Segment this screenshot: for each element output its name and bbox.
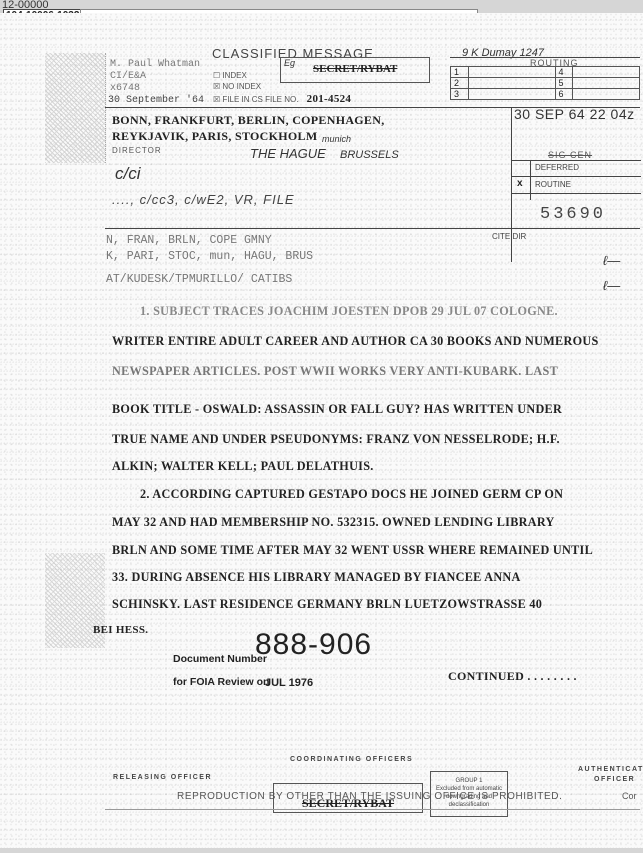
checkbox-icon: ☐	[213, 71, 220, 80]
paragraph-line: MAY 32 AND HAD MEMBERSHIP NO. 532315. OW…	[112, 515, 555, 529]
routing-slot: 3	[451, 89, 469, 100]
message-number: 53690	[540, 205, 606, 224]
authenticating-officer-label-2: OFFICER	[594, 776, 635, 783]
file-in-cs-option[interactable]: ☒ FILE IN CS FILE NO. 201-4524	[213, 93, 351, 105]
classification-top: SECRET/RYBAT	[313, 63, 397, 75]
routing-slot: 5	[555, 78, 573, 89]
document-page: CLASSIFIED MESSAGE M. Paul Whatman CI/E&…	[0, 13, 643, 848]
to-label: DIRECTOR	[112, 146, 162, 155]
paragraph-line: WRITER ENTIRE ADULT CAREER AND AUTHOR CA…	[112, 334, 599, 348]
routing-slot: 1	[451, 67, 469, 78]
paragraph-line: NEWSPAPER ARTICLES. POST WWII WORKS VERY…	[112, 364, 558, 378]
rule	[105, 809, 640, 810]
initials-mark: ℓ—	[603, 253, 620, 268]
routing-slot: 4	[555, 67, 573, 78]
index-option[interactable]: ☐ INDEX	[213, 71, 247, 80]
address-line-1: N, FRAN, BRLN, COPE GMNY	[106, 234, 272, 247]
scan-artifact	[45, 53, 106, 163]
paragraph-line: SCHINSKY. LAST RESIDENCE GERMANY BRLN LU…	[112, 597, 542, 611]
paragraph-line: BRLN AND SOME TIME AFTER MAY 32 WENT USS…	[112, 543, 593, 557]
releasing-officer-label: RELEASING OFFICER	[113, 774, 212, 781]
routing-slot: 2	[451, 78, 469, 89]
originator-name: M. Paul Whatman	[110, 59, 200, 70]
paragraph-line: TRUE NAME AND UNDER PSEUDONYMS: FRANZ VO…	[112, 432, 560, 446]
classification-prefix: Eg	[284, 58, 295, 68]
initials-mark: ℓ—	[603, 278, 620, 293]
paragraph-line: ALKIN; WALTER KELL; PAUL DELATHUIS.	[112, 459, 374, 473]
review-label: for FOIA Review on	[173, 676, 269, 688]
authenticating-officer-label: AUTHENTICATING	[578, 766, 643, 773]
rule	[511, 193, 641, 194]
from-handwritten: c/ci	[115, 164, 141, 184]
to-handwritten-hague: THE HAGUE	[250, 146, 326, 161]
classification-box: Eg SECRET/RYBAT	[280, 57, 430, 83]
document-number: 888-906	[255, 628, 372, 662]
routine-mark: x	[517, 178, 523, 189]
precedence-deferred: DEFERRED	[535, 163, 579, 172]
cite-label: CITE DIR	[492, 232, 526, 241]
to-handwritten-munich: munich	[322, 134, 351, 144]
paragraph-line: 1. SUBJECT TRACES JOACHIM JOESTEN DPOB 2…	[140, 304, 558, 318]
to-handwritten-brussels: BRUSSELS	[340, 149, 399, 161]
address-line-3: AT/KUDESK/TPMURILLO/ CATIBS	[106, 273, 292, 286]
reproduction-notice: REPRODUCTION BY OTHER THAN THE ISSUING O…	[177, 791, 563, 802]
paragraph-line: 33. DURING ABSENCE HIS LIBRARY MANAGED B…	[112, 570, 521, 584]
rule	[530, 160, 531, 200]
address-line-2: K, PARI, STOC, mun, HAGU, BRUS	[106, 250, 313, 263]
copy-label: Cor	[622, 791, 637, 801]
to-line-1: BONN, FRANKFURT, BERLIN, COPENHAGEN,	[112, 113, 385, 128]
rule	[105, 228, 640, 229]
checkbox-checked-icon: ☒	[213, 82, 220, 91]
info-handwritten: ...., c/cc3, c/wE2, VR, FILE	[112, 192, 295, 207]
checkbox-checked-icon: ☒	[213, 95, 220, 104]
coordinating-officers-label: COORDINATING OFFICERS	[290, 756, 413, 763]
paragraph-line: 2. ACCORDING CAPTURED GESTAPO DOCS HE JO…	[140, 487, 563, 501]
originator-date: 30 September '64	[108, 95, 204, 106]
routing-table: 14 25 36	[450, 66, 640, 100]
precedence-routine: ROUTINE	[535, 180, 571, 189]
to-line-2: REYKJAVIK, PARIS, STOCKHOLM	[112, 129, 317, 144]
no-index-option[interactable]: ☒ NO INDEX	[213, 82, 261, 91]
paragraph-line: BEI HESS.	[93, 623, 148, 637]
cs-file-number: 201-4524	[307, 93, 352, 105]
document-number-label: Document Number	[173, 653, 267, 665]
group-label: GROUP 1	[431, 777, 507, 785]
paragraph-line: BOOK TITLE - OSWALD: ASSASSIN OR FALL GU…	[112, 402, 562, 416]
sig-cen: SIG CEN	[548, 150, 592, 160]
rule	[511, 176, 641, 177]
continued-label: CONTINUED . . . . . . . .	[448, 669, 577, 684]
originator-extension: x6748	[110, 83, 140, 94]
review-date: JUL 1976	[265, 677, 313, 689]
originator-unit: CI/E&A	[110, 71, 146, 82]
group-text: declassification	[431, 801, 507, 809]
datetime-stamp: 30 SEP 64 22 04z	[514, 106, 635, 122]
routing-slot: 6	[555, 89, 573, 100]
